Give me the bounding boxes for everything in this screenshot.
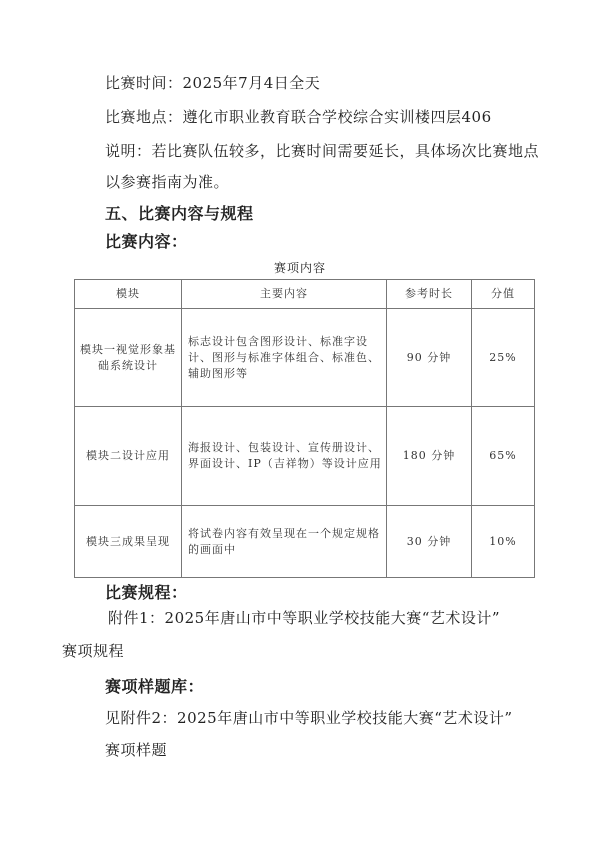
cell-content: 海报设计、包装设计、宣传册设计、界面设计、IP（吉祥物）等设计应用 [182, 407, 387, 506]
rules-line-2: 赛项规程 [62, 640, 124, 661]
cell-duration: 180 分钟 [387, 407, 472, 506]
cell-duration: 90 分钟 [387, 309, 472, 407]
table-row: 模块二设计应用 海报设计、包装设计、宣传册设计、界面设计、IP（吉祥物）等设计应… [75, 407, 535, 506]
cell-module: 模块二设计应用 [75, 407, 182, 506]
content-table: 模块 主要内容 参考时长 分值 模块一视觉形象基础系统设计 标志设计包含图形设计… [74, 279, 535, 578]
cell-score: 10% [472, 506, 535, 578]
samples-line-1: 见附件2：2025年唐山市中等职业学校技能大赛“艺术设计” [105, 707, 513, 728]
cell-content: 将试卷内容有效呈现在一个规定规格的画面中 [182, 506, 387, 578]
cell-content: 标志设计包含图形设计、标准字设计、图形与标准字体组合、标准色、辅助图形等 [182, 309, 387, 407]
note-line-2: 以参赛指南为准。 [105, 171, 229, 192]
header-duration: 参考时长 [387, 280, 472, 309]
rules-heading: 比赛规程： [105, 580, 188, 603]
content-heading: 比赛内容： [105, 229, 188, 252]
cell-module: 模块三成果呈现 [75, 506, 182, 578]
samples-line-2: 赛项样题 [105, 739, 167, 760]
cell-score: 25% [472, 309, 535, 407]
header-module: 模块 [75, 280, 182, 309]
competition-location: 比赛地点：遵化市职业教育联合学校综合实训楼四层406 [105, 106, 492, 127]
cell-duration: 30 分钟 [387, 506, 472, 578]
header-score: 分值 [472, 280, 535, 309]
cell-score: 65% [472, 407, 535, 506]
note-line-1: 说明：若比赛队伍较多，比赛时间需要延长，具体场次比赛地点 [105, 140, 539, 161]
table-caption: 赛项内容 [0, 259, 600, 276]
table-row: 模块三成果呈现 将试卷内容有效呈现在一个规定规格的画面中 30 分钟 10% [75, 506, 535, 578]
samples-heading: 赛项样题库： [105, 674, 204, 697]
table-row: 模块一视觉形象基础系统设计 标志设计包含图形设计、标准字设计、图形与标准字体组合… [75, 309, 535, 407]
rules-line-1: 附件1：2025年唐山市中等职业学校技能大赛“艺术设计” [108, 607, 500, 628]
cell-module: 模块一视觉形象基础系统设计 [75, 309, 182, 407]
header-content: 主要内容 [182, 280, 387, 309]
competition-time: 比赛时间：2025年7月4日全天 [105, 72, 320, 93]
section-heading: 五、比赛内容与规程 [105, 201, 254, 224]
table-header-row: 模块 主要内容 参考时长 分值 [75, 280, 535, 309]
